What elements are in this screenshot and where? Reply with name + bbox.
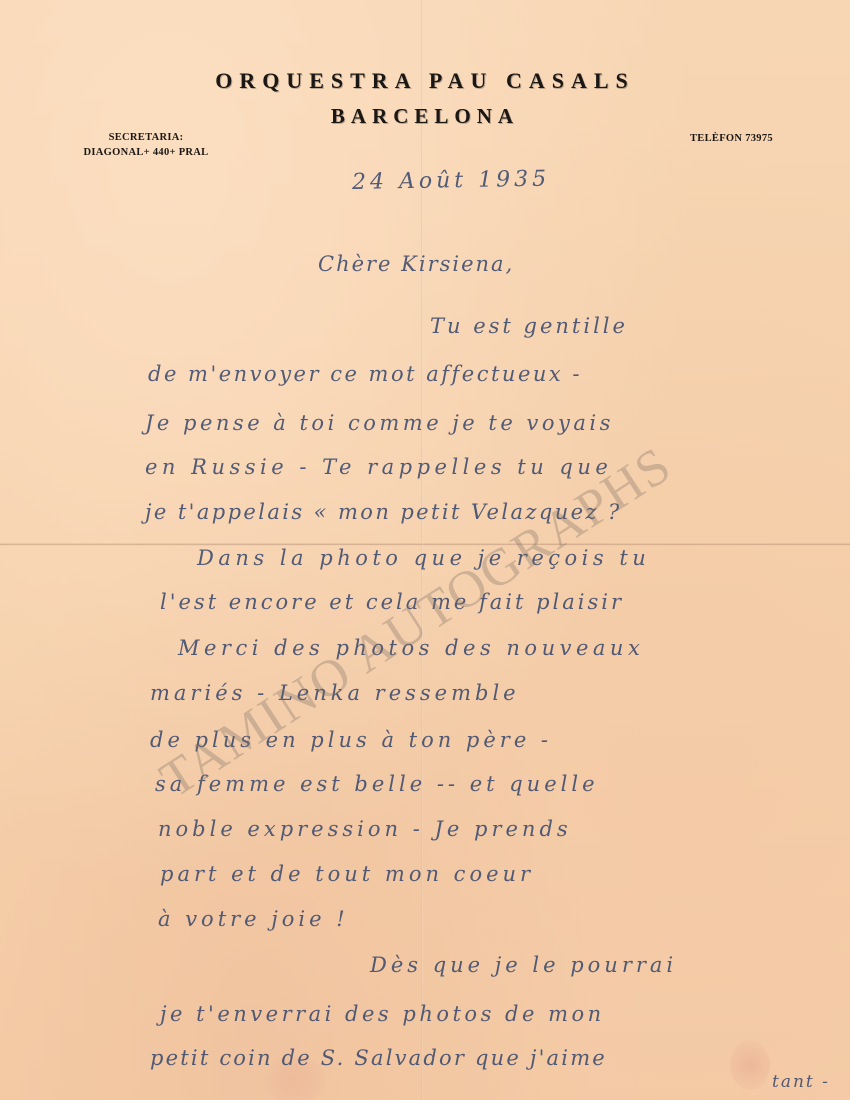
secretaria-address: DIAGONAL+ 440+ PRAL	[66, 145, 226, 160]
letter-line: Merci des photos des nouveaux	[178, 636, 644, 660]
letter-line: de plus en plus à ton père -	[150, 728, 552, 752]
secretaria-label: SECRETARIA:	[66, 130, 226, 145]
letterhead-title: ORQUESTRA PAU CASALS	[0, 68, 850, 94]
paper-stain	[730, 1040, 770, 1090]
letter-line: sa femme est belle -- et quelle	[155, 772, 599, 796]
letterhead-telephone: TELÈFON 73975	[690, 133, 773, 144]
letter-line: en Russie - Te rappelles tu que	[145, 455, 612, 479]
letter-line: à votre joie !	[158, 907, 349, 931]
letterhead-city: BARCELONA	[0, 104, 850, 129]
letter-line: je t'appelais « mon petit Velazquez ?	[145, 500, 622, 524]
letter-line: Dès que je le pourrai	[370, 953, 677, 977]
letter-line: Je pense à toi comme je te voyais	[145, 411, 614, 435]
letter-line: tant -	[772, 1072, 830, 1092]
letter-line: mariés - Lenka ressemble	[150, 681, 520, 705]
letter-salutation: Chère Kirsiena,	[318, 252, 514, 276]
letter-line: l'est encore et cela me fait plaisir	[160, 590, 624, 614]
letter-date: 24 Août 1935	[352, 167, 551, 195]
letterhead-secretaria: SECRETARIA: DIAGONAL+ 440+ PRAL	[66, 130, 226, 160]
letter-line: de m'envoyer ce mot affectueux -	[148, 362, 582, 386]
letter-line: noble expression - Je prends	[158, 817, 572, 841]
letter-line: part et de tout mon coeur	[160, 862, 534, 886]
letter-line: Dans la photo que je reçois tu	[197, 546, 650, 570]
letter-line: Tu est gentille	[430, 314, 628, 338]
letter-line: petit coin de S. Salvador que j'aime	[150, 1046, 607, 1070]
letter-line: je t'enverrai des photos de mon	[160, 1002, 605, 1026]
